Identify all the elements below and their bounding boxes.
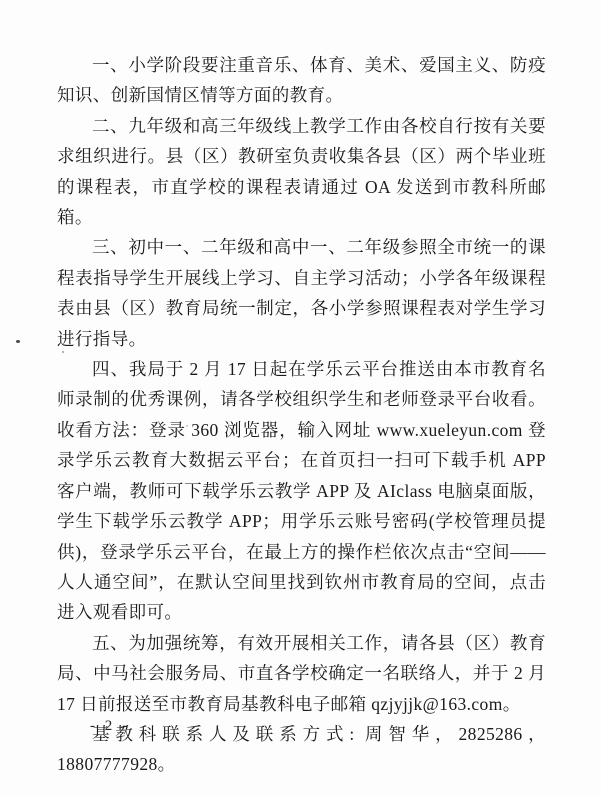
- paragraph-3: 三、初中一、二年级和高中一、二年级参照全市统一的课程表指导学生开展线上学习、自主…: [57, 232, 546, 354]
- page-number: - 2 -: [90, 718, 130, 735]
- paragraph-5: 五、为加强统筹，有效开展相关工作，请各县（区）教育局、中马社会服务局、市直各学校…: [57, 628, 546, 719]
- paragraph-1: 一、小学阶段要注重音乐、体育、美术、爱国主义、防疫知识、创新国情区情等方面的教育…: [57, 50, 546, 111]
- scan-speck: [186, 425, 188, 427]
- paragraph-4: 四、我局于 2 月 17 日起在学乐云平台推送由本市教育名师录制的优秀课例，请各…: [57, 354, 546, 628]
- paragraph-6-contact-line: 基教科联系人及联系方式: 周智华，2825286，18807777928。: [57, 719, 546, 780]
- scan-speck: [16, 340, 20, 343]
- scanned-document-page: 一、小学阶段要注重音乐、体育、美术、爱国主义、防疫知识、创新国情区情等方面的教育…: [0, 0, 601, 795]
- paragraph-2: 二、九年级和高三年级线上教学工作由各校自行按有关要求组织进行。县（区）教研室负责…: [57, 111, 546, 233]
- document-body: 一、小学阶段要注重音乐、体育、美术、爱国主义、防疫知识、创新国情区情等方面的教育…: [57, 50, 546, 780]
- scan-speck: [62, 351, 64, 353]
